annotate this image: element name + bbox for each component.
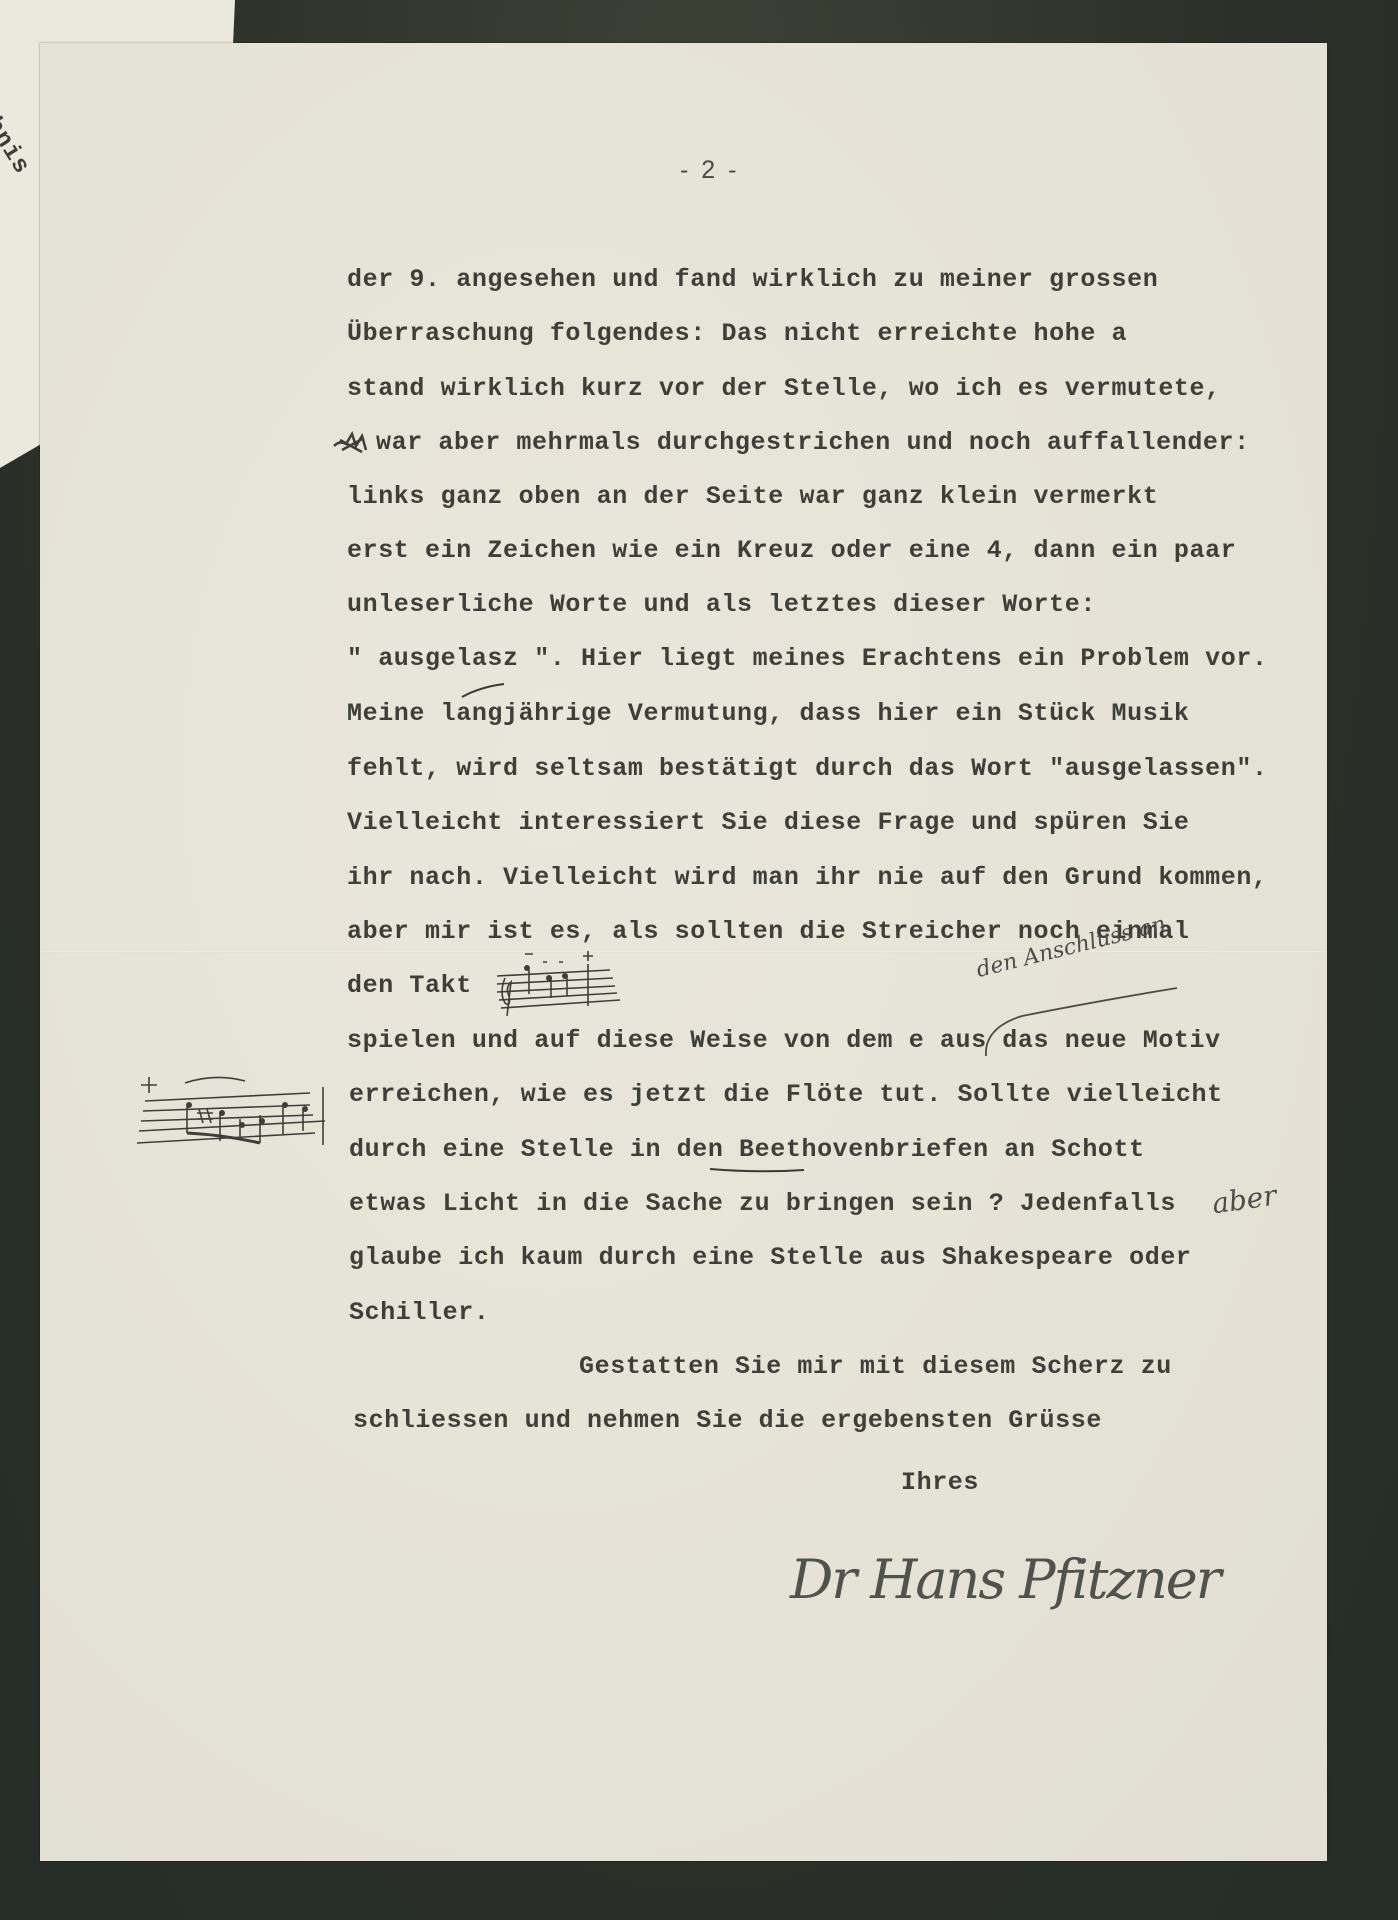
crossed-out-mark-icon <box>332 428 372 458</box>
text-line-4: war aber mehrmals durchgestrichen und no… <box>376 428 1250 457</box>
text-line-5: links ganz oben an der Seite war ganz kl… <box>347 482 1158 511</box>
text-line-15: spielen und auf diese Weise von dem e au… <box>347 1026 1221 1055</box>
text-line-22: schliessen und nehmen Sie die ergebenste… <box>353 1406 1102 1435</box>
text-line-16: erreichen, wie es jetzt die Flöte tut. S… <box>349 1080 1223 1109</box>
overlapping-sheet-text: ebnis <box>0 100 35 180</box>
handwritten-margin-word: aber <box>1210 1179 1279 1221</box>
text-line-18: etwas Licht in die Sache zu bringen sein… <box>349 1189 1176 1218</box>
text-line-6: erst ein Zeichen wie ein Kreuz oder eine… <box>347 536 1236 565</box>
text-line-9: Meine langjährige Vermutung, dass hier e… <box>347 699 1190 728</box>
handwritten-underline <box>708 1165 808 1175</box>
closing-word: Ihres <box>901 1468 979 1497</box>
text-line-1: der 9. angesehen und fand wirklich zu me… <box>347 265 1158 294</box>
text-line-10: fehlt, wird seltsam bestätigt durch das … <box>347 754 1268 783</box>
text-line-3: stand wirklich kurz vor der Stelle, wo i… <box>347 374 1221 403</box>
text-line-19: glaube ich kaum durch eine Stelle aus Sh… <box>349 1243 1192 1272</box>
text-line-21: Gestatten Sie mir mit diesem Scherz zu <box>579 1352 1172 1381</box>
text-line-2: Überraschung folgendes: Das nicht erreic… <box>347 319 1127 348</box>
text-line-11: Vielleicht interessiert Sie diese Frage … <box>347 808 1190 837</box>
text-line-7: unleserliche Worte und als letztes diese… <box>347 590 1096 619</box>
text-line-17: durch eine Stelle in den Beethovenbriefe… <box>349 1135 1145 1164</box>
page-number: - 2 - <box>680 156 739 185</box>
fold-line <box>40 951 1327 953</box>
text-line-20: Schiller. <box>349 1298 489 1327</box>
text-line-8: " ausgelasz ". Hier liegt meines Erachte… <box>347 644 1268 673</box>
signature: Dr Hans Pfitzner <box>790 1548 1220 1611</box>
music-notation-sketch-icon <box>495 948 625 1018</box>
handwritten-underline-mark <box>460 681 510 701</box>
text-line-12: ihr nach. Vielleicht wird man ihr nie au… <box>347 863 1268 892</box>
text-line-14: den Takt <box>347 971 472 1000</box>
margin-music-sketch-icon <box>135 1063 355 1153</box>
letter-page: - 2 - der 9. angesehen und fand wirklich… <box>40 43 1327 1861</box>
